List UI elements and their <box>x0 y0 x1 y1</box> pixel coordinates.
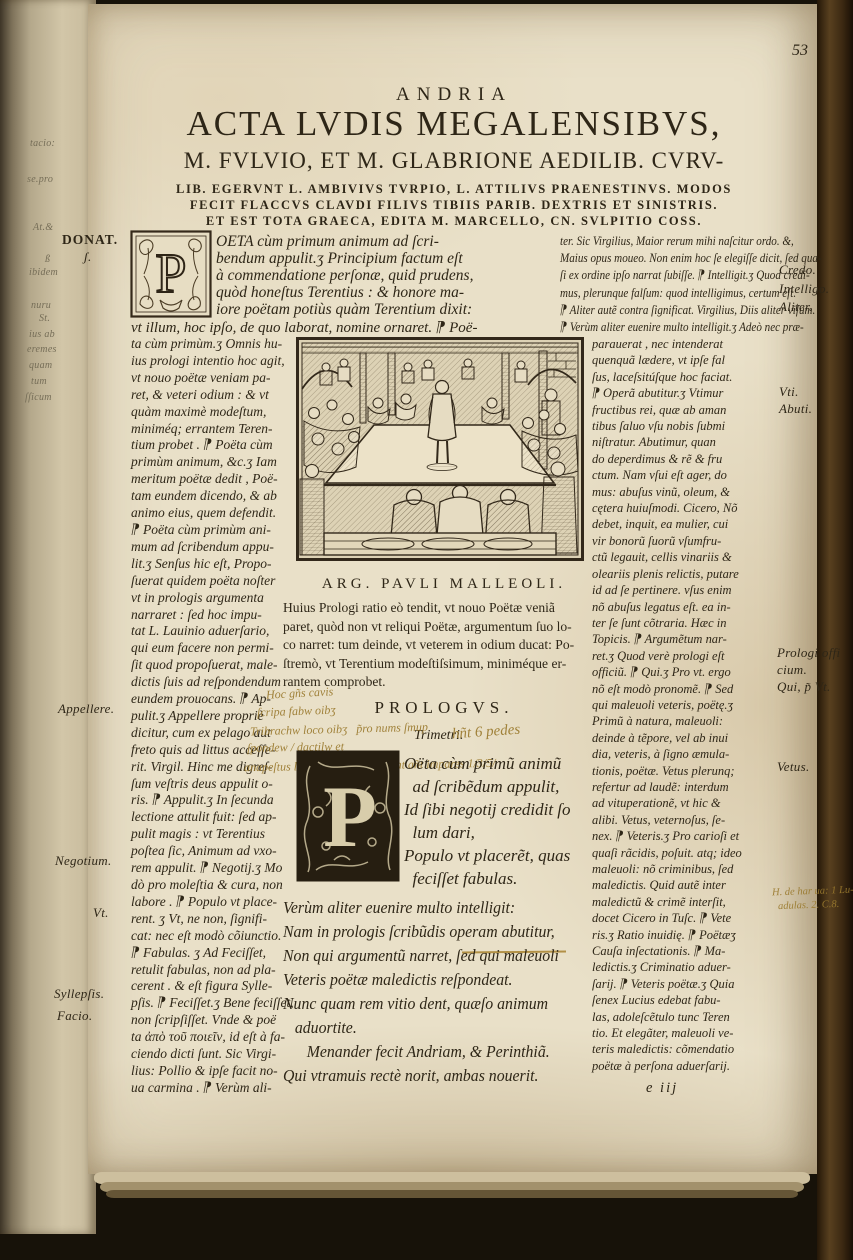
page-subtitle: M. FVLVIO, ET M. GLABRIONE AEDILIB. CVRV… <box>118 148 790 174</box>
edge-fragment: ius ab <box>29 329 55 340</box>
page-bottom-edge <box>106 1190 798 1198</box>
edge-fragment: quam <box>29 360 52 371</box>
commentary-top-right: ter. Sic Virgilius, Maior rerum mihi naſ… <box>560 233 822 336</box>
prologue-verse-beside-initial: Oëta cùm primũ animũ ad ſcribẽdum appuli… <box>404 752 571 890</box>
edge-fragment: At.& <box>33 222 53 233</box>
drop-cap-commentary: P <box>130 230 212 318</box>
didascalia-line: FECIT FLACCVS CLAVDI FILIVS TIBIIS PARIB… <box>124 198 784 213</box>
edge-fragment: ibidem <box>29 267 58 278</box>
margin-note-appellere: Appellere. <box>58 701 114 717</box>
previous-page-edge: tacio: se.pro At.& ß ibidem nuru St. ius… <box>0 0 96 1234</box>
commentary-top-left-lastline: vt illum, hoc ipſo, de quo laborat, nomi… <box>131 318 477 337</box>
margin-note-facio: Facio. <box>57 1008 92 1024</box>
margin-note-vetus: Vetus. <box>777 759 810 775</box>
margin-note-vti: Vti. <box>779 384 799 400</box>
margin-note-donat: DONAT. <box>62 232 118 248</box>
edge-fragment: tum <box>31 376 47 387</box>
commentary-top-left: OETA cùm primum animum ad ſcri- bendum a… <box>216 233 473 318</box>
woodcut-theatre-illustration <box>296 337 584 561</box>
drop-cap-prologue: P <box>296 750 400 882</box>
didascalia-line: LIB. EGERVNT L. AMBIVIVS TVRPIO, L. ATTI… <box>124 182 784 197</box>
argumentum-heading: ARG. PAVLI MALLEOLI. <box>285 576 603 593</box>
margin-note-prologi-officium: Prologi offi <box>777 645 840 661</box>
margin-note-qui: Qui, p̃ Vt. <box>777 679 831 695</box>
margin-note-negotium: Negotium. <box>55 853 112 869</box>
margin-note-vt: Vt. <box>93 905 109 921</box>
signature-mark: e iij <box>646 1080 678 1097</box>
edge-fragment: ß <box>45 254 50 265</box>
edge-fragment: eremes <box>27 344 57 355</box>
handwritten-note: ſcripa fabw oibʒ <box>257 703 336 721</box>
book-page-photo: tacio: se.pro At.& ß ibidem nuru St. ius… <box>0 0 853 1260</box>
running-title: ANDRIA <box>130 84 778 106</box>
edge-fragment: ſſicum <box>25 392 52 403</box>
book-binding-edge <box>817 0 853 1260</box>
margin-note-syllepsis: Syllepſis. <box>54 986 104 1002</box>
margin-note-prologi-officium2: cium. <box>777 662 807 678</box>
didascalia-line: ET EST TOTA GRAECA, EDITA M. MARCELLO, C… <box>124 214 784 229</box>
argumentum-body: Huius Prologi ratio eò tendit, vt nouo P… <box>283 600 574 693</box>
edge-fragment: tacio: <box>30 138 55 149</box>
page-title: ACTA LVDIS MEGALENSIBVS, <box>118 104 790 144</box>
commentary-right-column: parauerat , nec intenderat quenquã læder… <box>592 336 742 1074</box>
edge-fragment: nuru <box>31 300 51 311</box>
edge-fragment: se.pro <box>27 174 53 185</box>
handwritten-note-margin: adulas. 2. C.8. <box>778 899 840 912</box>
edge-fragment: St. <box>39 313 50 324</box>
prologue-verse-lines: Verùm aliter euenire multo intelligit: N… <box>283 896 559 1088</box>
svg-text:P: P <box>323 769 377 866</box>
woodcut-platform <box>324 533 556 555</box>
margin-note-mark: ʃ. <box>84 249 92 265</box>
svg-text:P: P <box>155 243 186 305</box>
page-number: 53 <box>792 42 808 60</box>
margin-note-abuti: Abuti. <box>779 401 812 417</box>
